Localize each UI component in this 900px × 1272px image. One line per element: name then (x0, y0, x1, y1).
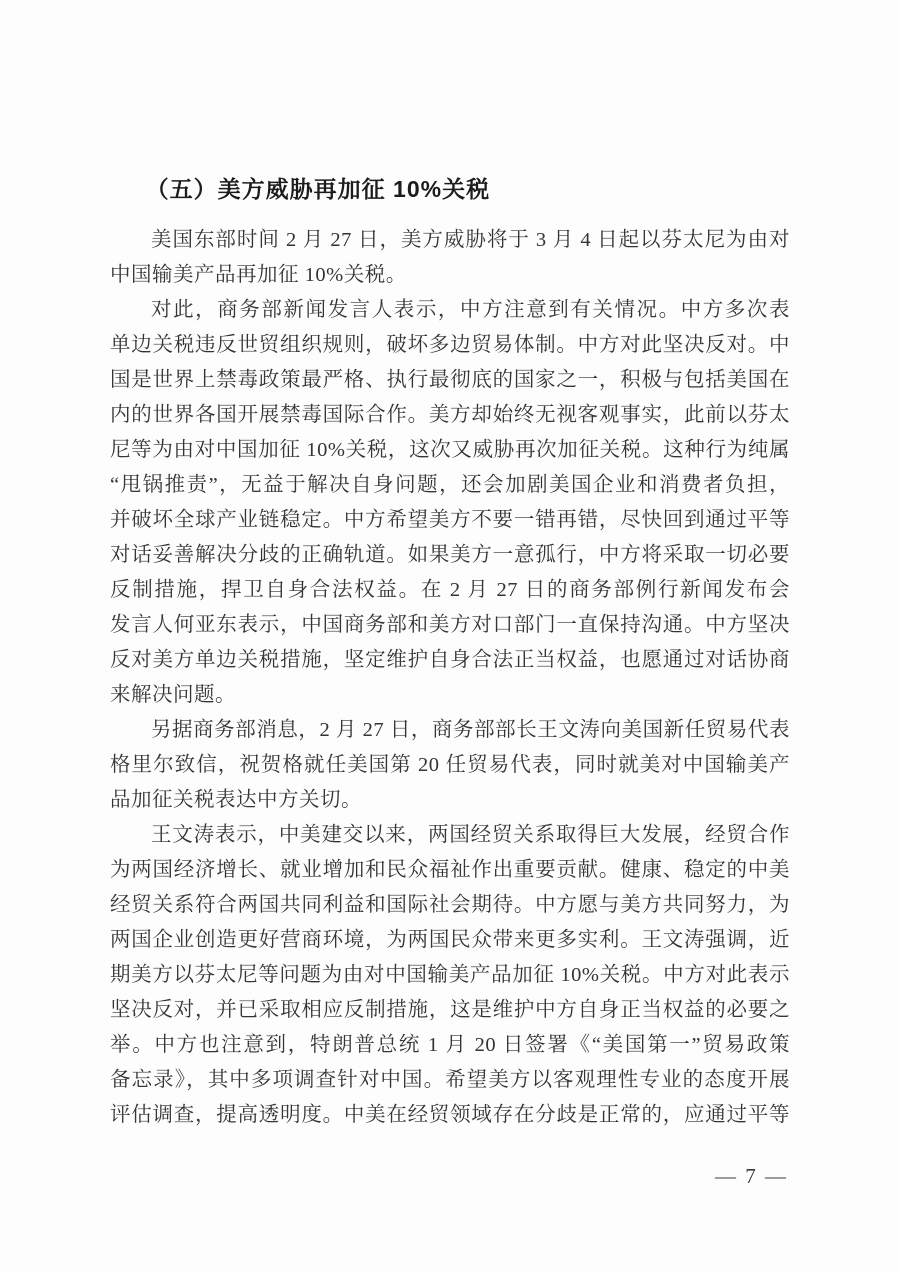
text-line: 另据商务部消息，2 月 27 日，商务部部长王文涛向美国新任贸易代表 (110, 713, 790, 748)
text-line: 两国企业创造更好营商环境，为两国民众带来更多实利。王文涛强调，近 (110, 923, 790, 958)
text-line: 尼等为由对中国加征 10%关税，这次又威胁再次加征关税。这种行为纯属 (110, 433, 790, 468)
text-line: 为两国经济增长、就业增加和民众福祉作出重要贡献。健康、稳定的中美 (110, 853, 790, 888)
text-line: 并破坏全球产业链稳定。中方希望美方不要一错再错，尽快回到通过平等 (110, 503, 790, 538)
text-line: 期美方以芬太尼等问题为由对中国输美产品加征 10%关税。中方对此表示 (110, 958, 790, 993)
text-line: 中国输美产品再加征 10%关税。 (110, 258, 790, 293)
text-line: 坚决反对，并已采取相应反制措施，这是维护中方自身正当权益的必要之 (110, 993, 790, 1028)
section-heading: （五）美方威胁再加征 10%关税 (110, 172, 790, 207)
paragraph: 美国东部时间 2 月 27 日，美方威胁将于 3 月 4 日起以芬太尼为由对中国… (110, 223, 790, 293)
text-line: 评估调查，提高透明度。中美在经贸领域存在分歧是正常的，应通过平等 (110, 1098, 790, 1133)
text-line: “甩锅推责”，无益于解决自身问题，还会加剧美国企业和消费者负担， (110, 468, 790, 503)
text-line: 反对美方单边关税措施，坚定维护自身合法正当权益，也愿通过对话协商 (110, 643, 790, 678)
text-line: 来解决问题。 (110, 678, 790, 713)
text-line: 美国东部时间 2 月 27 日，美方威胁将于 3 月 4 日起以芬太尼为由对 (110, 223, 790, 258)
paragraph: 另据商务部消息，2 月 27 日，商务部部长王文涛向美国新任贸易代表格里尔致信，… (110, 713, 790, 818)
text-line: 品加征关税表达中方关切。 (110, 783, 790, 818)
text-line: 王文涛表示，中美建交以来，两国经贸关系取得巨大发展，经贸合作 (110, 818, 790, 853)
paragraph: 对此，商务部新闻发言人表示，中方注意到有关情况。中方多次表明，单边关税违反世贸组… (110, 293, 790, 713)
text-line: 反制措施，捍卫自身合法权益。在 2 月 27 日的商务部例行新闻发布会上， (110, 573, 790, 608)
text-line: 对话妥善解决分歧的正确轨道。如果美方一意孤行，中方将采取一切必要 (110, 538, 790, 573)
text-line: 格里尔致信，祝贺格就任美国第 20 任贸易代表，同时就美对中国输美产 (110, 748, 790, 783)
page-number: — 7 — (715, 1160, 788, 1192)
text-line: 发言人何亚东表示，中国商务部和美方对口部门一直保持沟通。中方坚决 (110, 608, 790, 643)
text-line: 对此，商务部新闻发言人表示，中方注意到有关情况。中方多次表明， (110, 293, 790, 328)
text-line: 备忘录》，其中多项调查针对中国。希望美方以客观理性专业的态度开展 (110, 1063, 790, 1098)
document-page: （五）美方威胁再加征 10%关税 美国东部时间 2 月 27 日，美方威胁将于 … (0, 0, 900, 1272)
document-body: 美国东部时间 2 月 27 日，美方威胁将于 3 月 4 日起以芬太尼为由对中国… (110, 223, 790, 1133)
text-line: 单边关税违反世贸组织规则，破坏多边贸易体制。中方对此坚决反对。中 (110, 328, 790, 363)
text-line: 内的世界各国开展禁毒国际合作。美方却始终无视客观事实，此前以芬太 (110, 398, 790, 433)
text-line: 国是世界上禁毒政策最严格、执行最彻底的国家之一，积极与包括美国在 (110, 363, 790, 398)
paragraph: 王文涛表示，中美建交以来，两国经贸关系取得巨大发展，经贸合作为两国经济增长、就业… (110, 818, 790, 1133)
text-line: 举。中方也注意到，特朗普总统 1 月 20 日签署《“美国第一”贸易政策 (110, 1028, 790, 1063)
text-line: 经贸关系符合两国共同利益和国际社会期待。中方愿与美方共同努力，为 (110, 888, 790, 923)
